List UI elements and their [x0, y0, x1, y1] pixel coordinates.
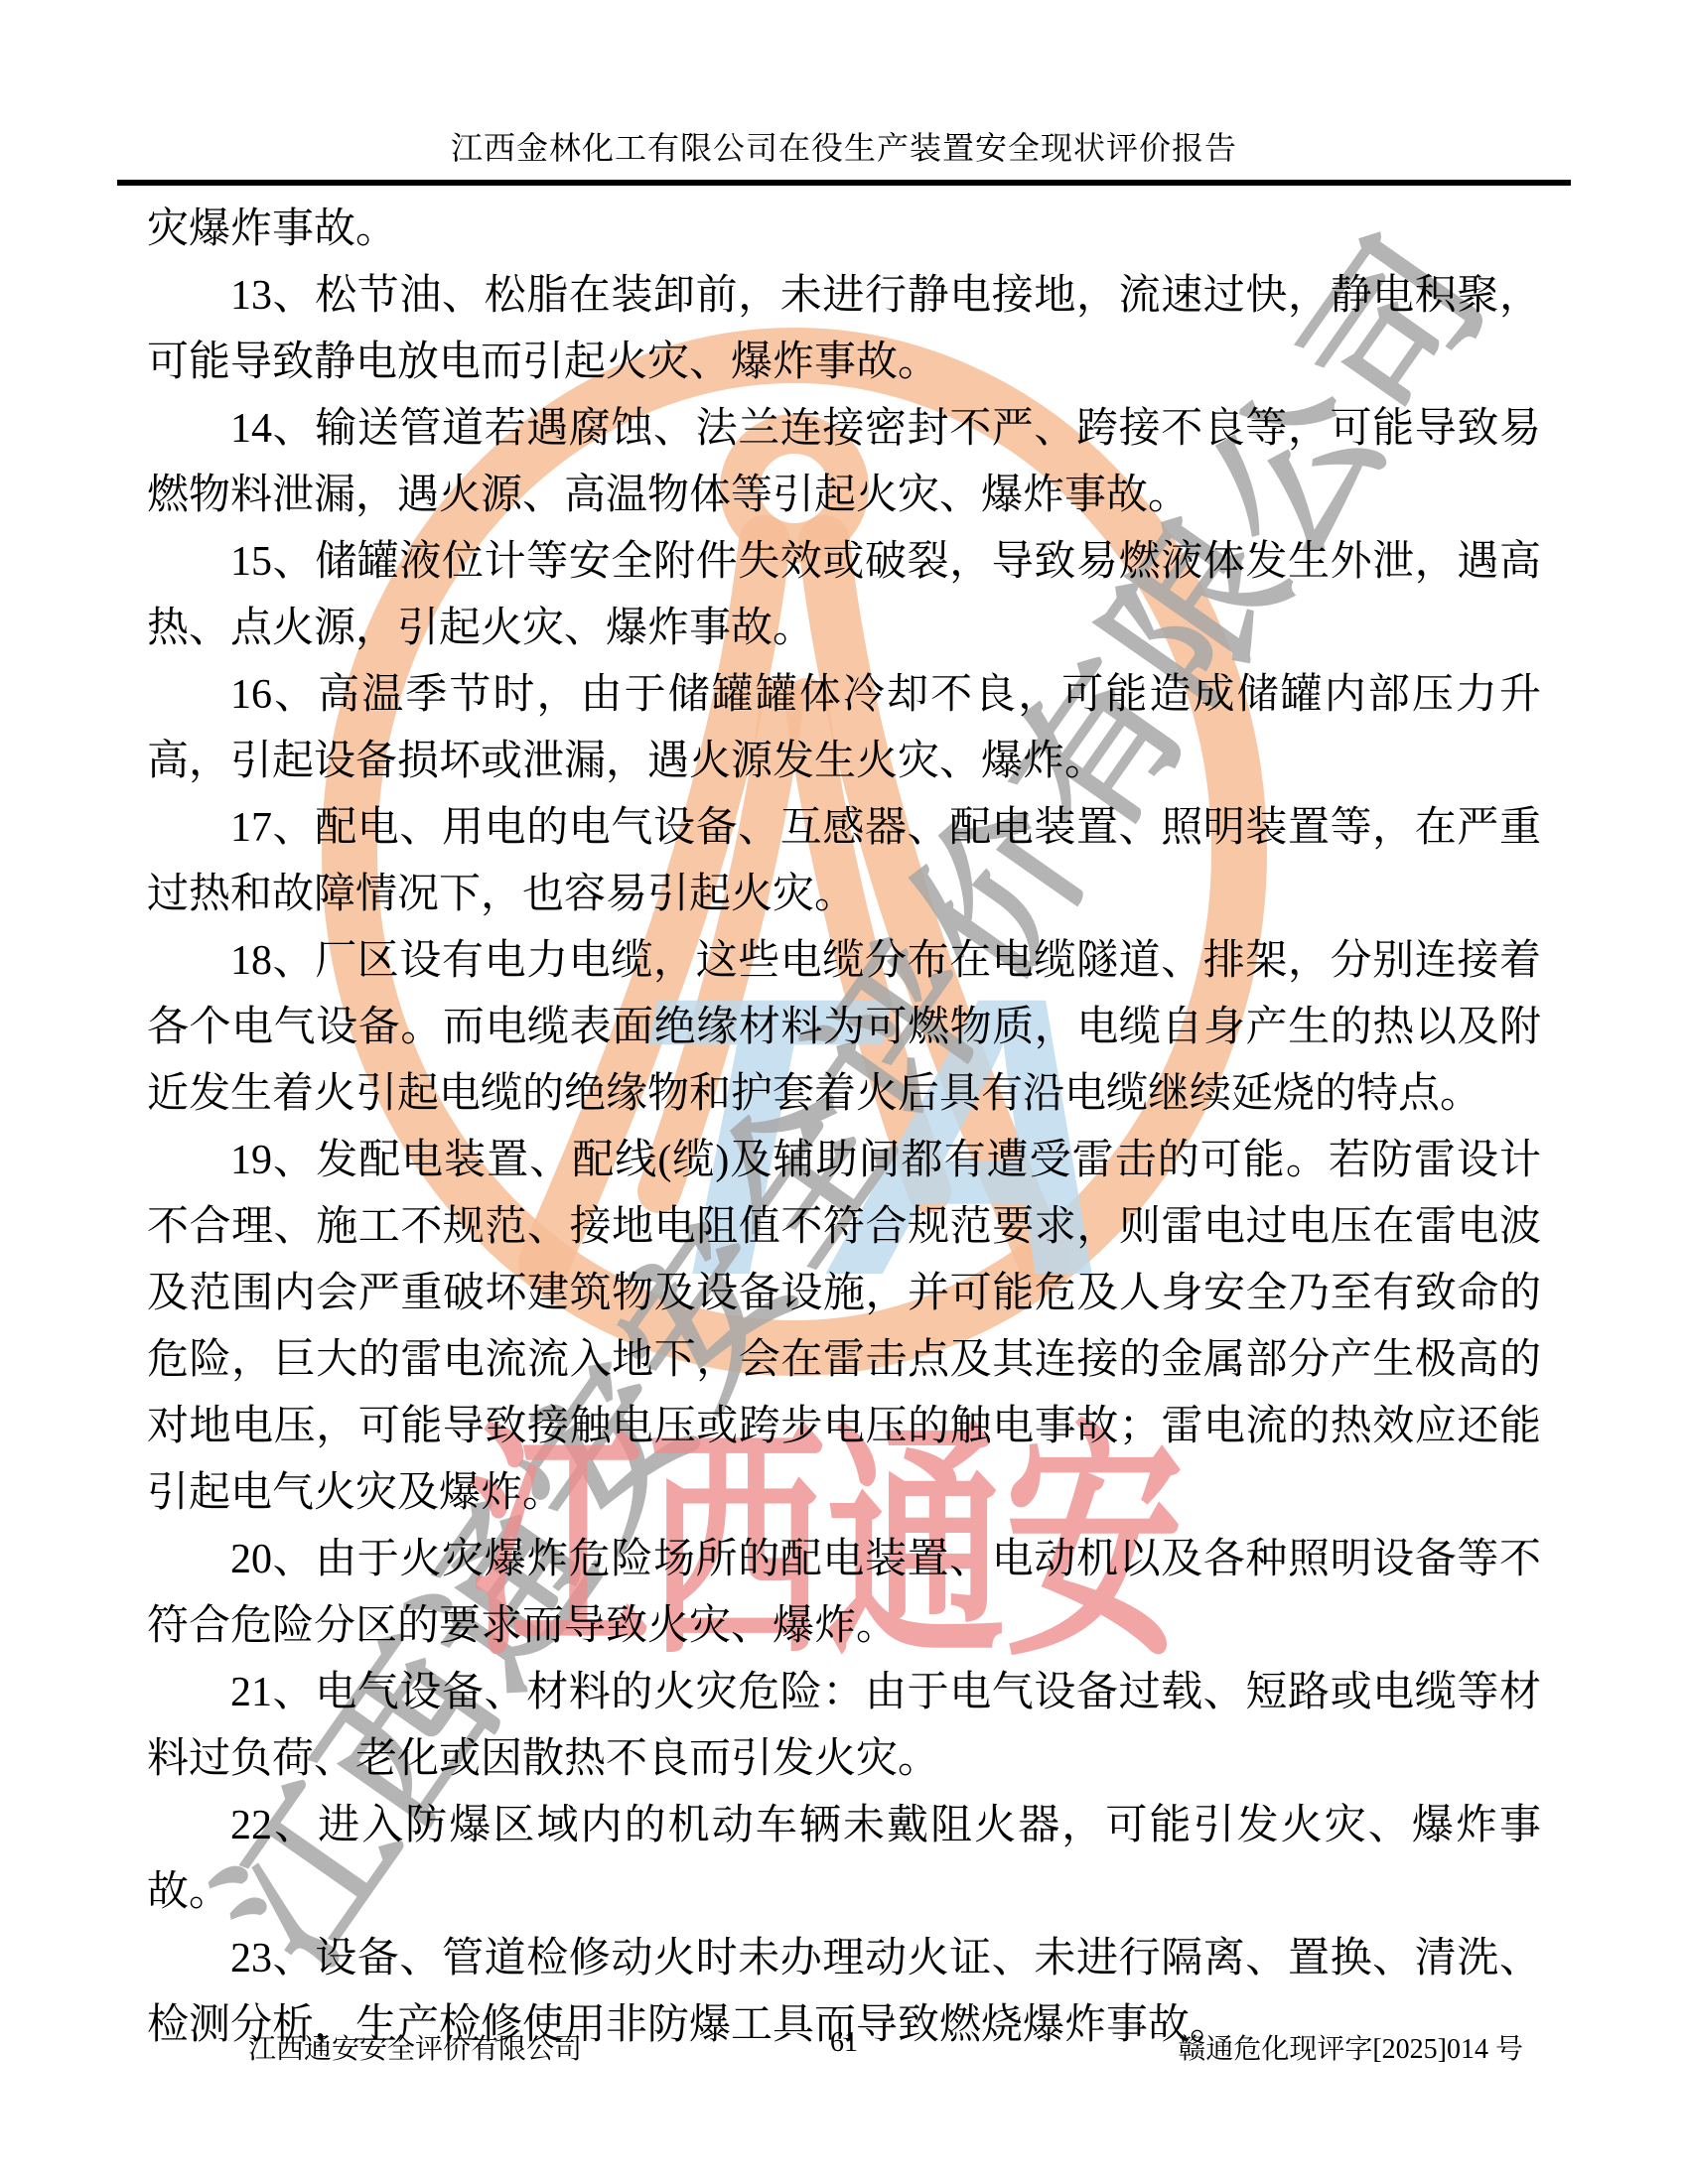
paragraph: 灾爆炸事故。 — [147, 197, 1541, 263]
header-rule — [117, 180, 1571, 186]
report-body: 灾爆炸事故。 13、松节油、松脂在装卸前，未进行静电接地，流速过快，静电积聚，可… — [147, 197, 1541, 2059]
paragraph: 14、输送管道若遇腐蚀、法兰连接密封不严、跨接不良等，可能导致易燃物料泄漏，遇火… — [147, 396, 1541, 529]
paragraph: 20、由于火灾爆炸危险场所的配电装置、电动机以及各种照明设备等不符合危险分区的要… — [147, 1527, 1541, 1660]
paragraph: 15、储罐液位计等安全附件失效或破裂，导致易燃液体发生外泄，遇高热、点火源，引起… — [147, 529, 1541, 662]
report-page: TA 江西通安安全评价有限公司 江西通安 江西金林化工有限公司在役生产装置安全现… — [0, 0, 1688, 2184]
paragraph: 17、配电、用电的电气设备、互感器、配电装置、照明装置等，在严重过热和故障情况下… — [147, 795, 1541, 928]
paragraph: 21、电气设备、材料的火灾危险：由于电气设备过载、短路或电缆等材料过负荷、老化或… — [147, 1660, 1541, 1793]
footer-document-number: 赣通危化现评字[2025]014 号 — [1178, 2027, 1523, 2067]
paragraph: 19、发配电装置、配线(缆)及辅助间都有遭受雷击的可能。若防雷设计不合理、施工不… — [147, 1128, 1541, 1527]
report-header-title: 江西金林化工有限公司在役生产装置安全现状评价报告 — [0, 123, 1688, 169]
paragraph: 22、进入防爆区域内的机动车辆未戴阻火器，可能引发火灾、爆炸事故。 — [147, 1793, 1541, 1926]
paragraph: 13、松节油、松脂在装卸前，未进行静电接地，流速过快，静电积聚，可能导致静电放电… — [147, 263, 1541, 396]
paragraph: 18、厂区设有电力电缆，这些电缆分布在电缆隧道、排架，分别连接着各个电气设备。而… — [147, 928, 1541, 1128]
paragraph: 16、高温季节时，由于储罐罐体冷却不良，可能造成储罐内部压力升高，引起设备损坏或… — [147, 662, 1541, 795]
